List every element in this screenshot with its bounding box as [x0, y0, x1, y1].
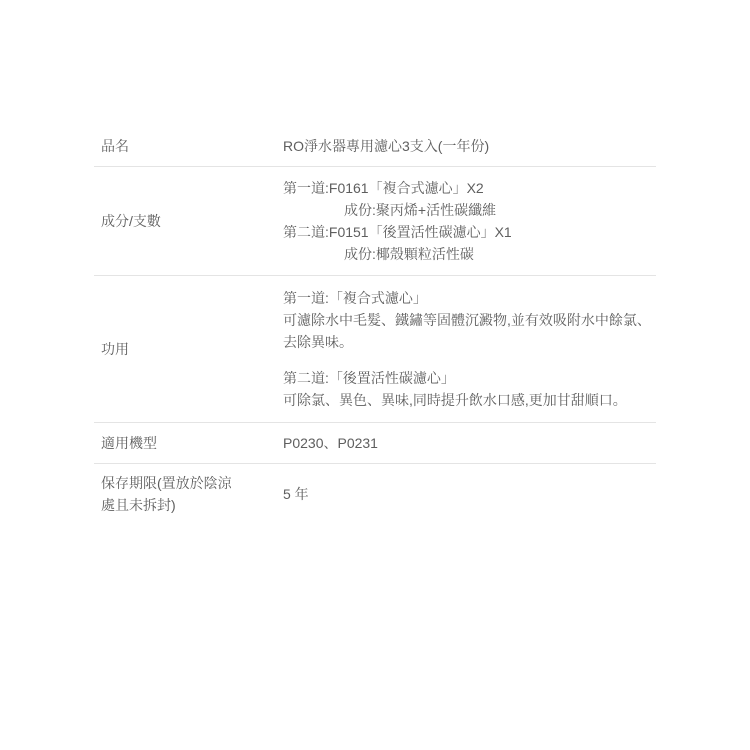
function-paragraph-stage2: 第二道:「後置活性碳濾心」 可除氯、異色、異味,同時提升飲水口感,更加甘甜順口。: [283, 367, 656, 411]
spec-row-shelf-life: 保存期限(置放於陰涼處且未拆封) 5 年: [94, 464, 656, 524]
component-line-stage2: 第二道:F0151「後置活性碳濾心」X1: [283, 221, 656, 243]
spec-value-function: 第一道:「複合式濾心」 可濾除水中毛髮、鐵鏽等固體沉澱物,並有效吸附水中餘氯、去…: [283, 287, 656, 411]
spec-value-compatible-models: P0230、P0231: [283, 432, 656, 454]
spec-row-function: 功用 第一道:「複合式濾心」 可濾除水中毛髮、鐵鏽等固體沉澱物,並有效吸附水中餘…: [94, 276, 656, 423]
component-line-stage2-material: 成份:椰殼顆粒活性碳: [283, 243, 656, 265]
spec-value-shelf-life: 5 年: [283, 483, 656, 505]
function-stage2-body: 可除氯、異色、異味,同時提升飲水口感,更加甘甜順口。: [283, 389, 656, 411]
spec-label-function: 功用: [94, 338, 239, 360]
spec-row-components: 成分/支數 第一道:F0161「複合式濾心」X2 成份:聚丙烯+活性碳纖維 第二…: [94, 167, 656, 276]
component-line-stage1-material: 成份:聚丙烯+活性碳纖維: [283, 199, 656, 221]
component-line-stage1: 第一道:F0161「複合式濾心」X2: [283, 177, 656, 199]
function-stage1-heading: 第一道:「複合式濾心」: [283, 287, 656, 309]
spec-label-product-name: 品名: [94, 135, 239, 157]
spec-label-compatible-models: 適用機型: [94, 432, 239, 454]
function-stage2-heading: 第二道:「後置活性碳濾心」: [283, 367, 656, 389]
spec-value-product-name: RO淨水器專用濾心3支入(一年份): [283, 135, 656, 157]
spec-row-product-name: 品名 RO淨水器專用濾心3支入(一年份): [94, 126, 656, 167]
spec-label-components: 成分/支數: [94, 210, 239, 232]
spec-value-components: 第一道:F0161「複合式濾心」X2 成份:聚丙烯+活性碳纖維 第二道:F015…: [283, 177, 656, 265]
spec-label-shelf-life: 保存期限(置放於陰涼處且未拆封): [94, 472, 239, 516]
product-spec-table: 品名 RO淨水器專用濾心3支入(一年份) 成分/支數 第一道:F0161「複合式…: [94, 126, 656, 524]
spec-row-compatible-models: 適用機型 P0230、P0231: [94, 423, 656, 464]
function-paragraph-stage1: 第一道:「複合式濾心」 可濾除水中毛髮、鐵鏽等固體沉澱物,並有效吸附水中餘氯、去…: [283, 287, 656, 353]
function-stage1-body: 可濾除水中毛髮、鐵鏽等固體沉澱物,並有效吸附水中餘氯、去除異味。: [283, 309, 656, 353]
